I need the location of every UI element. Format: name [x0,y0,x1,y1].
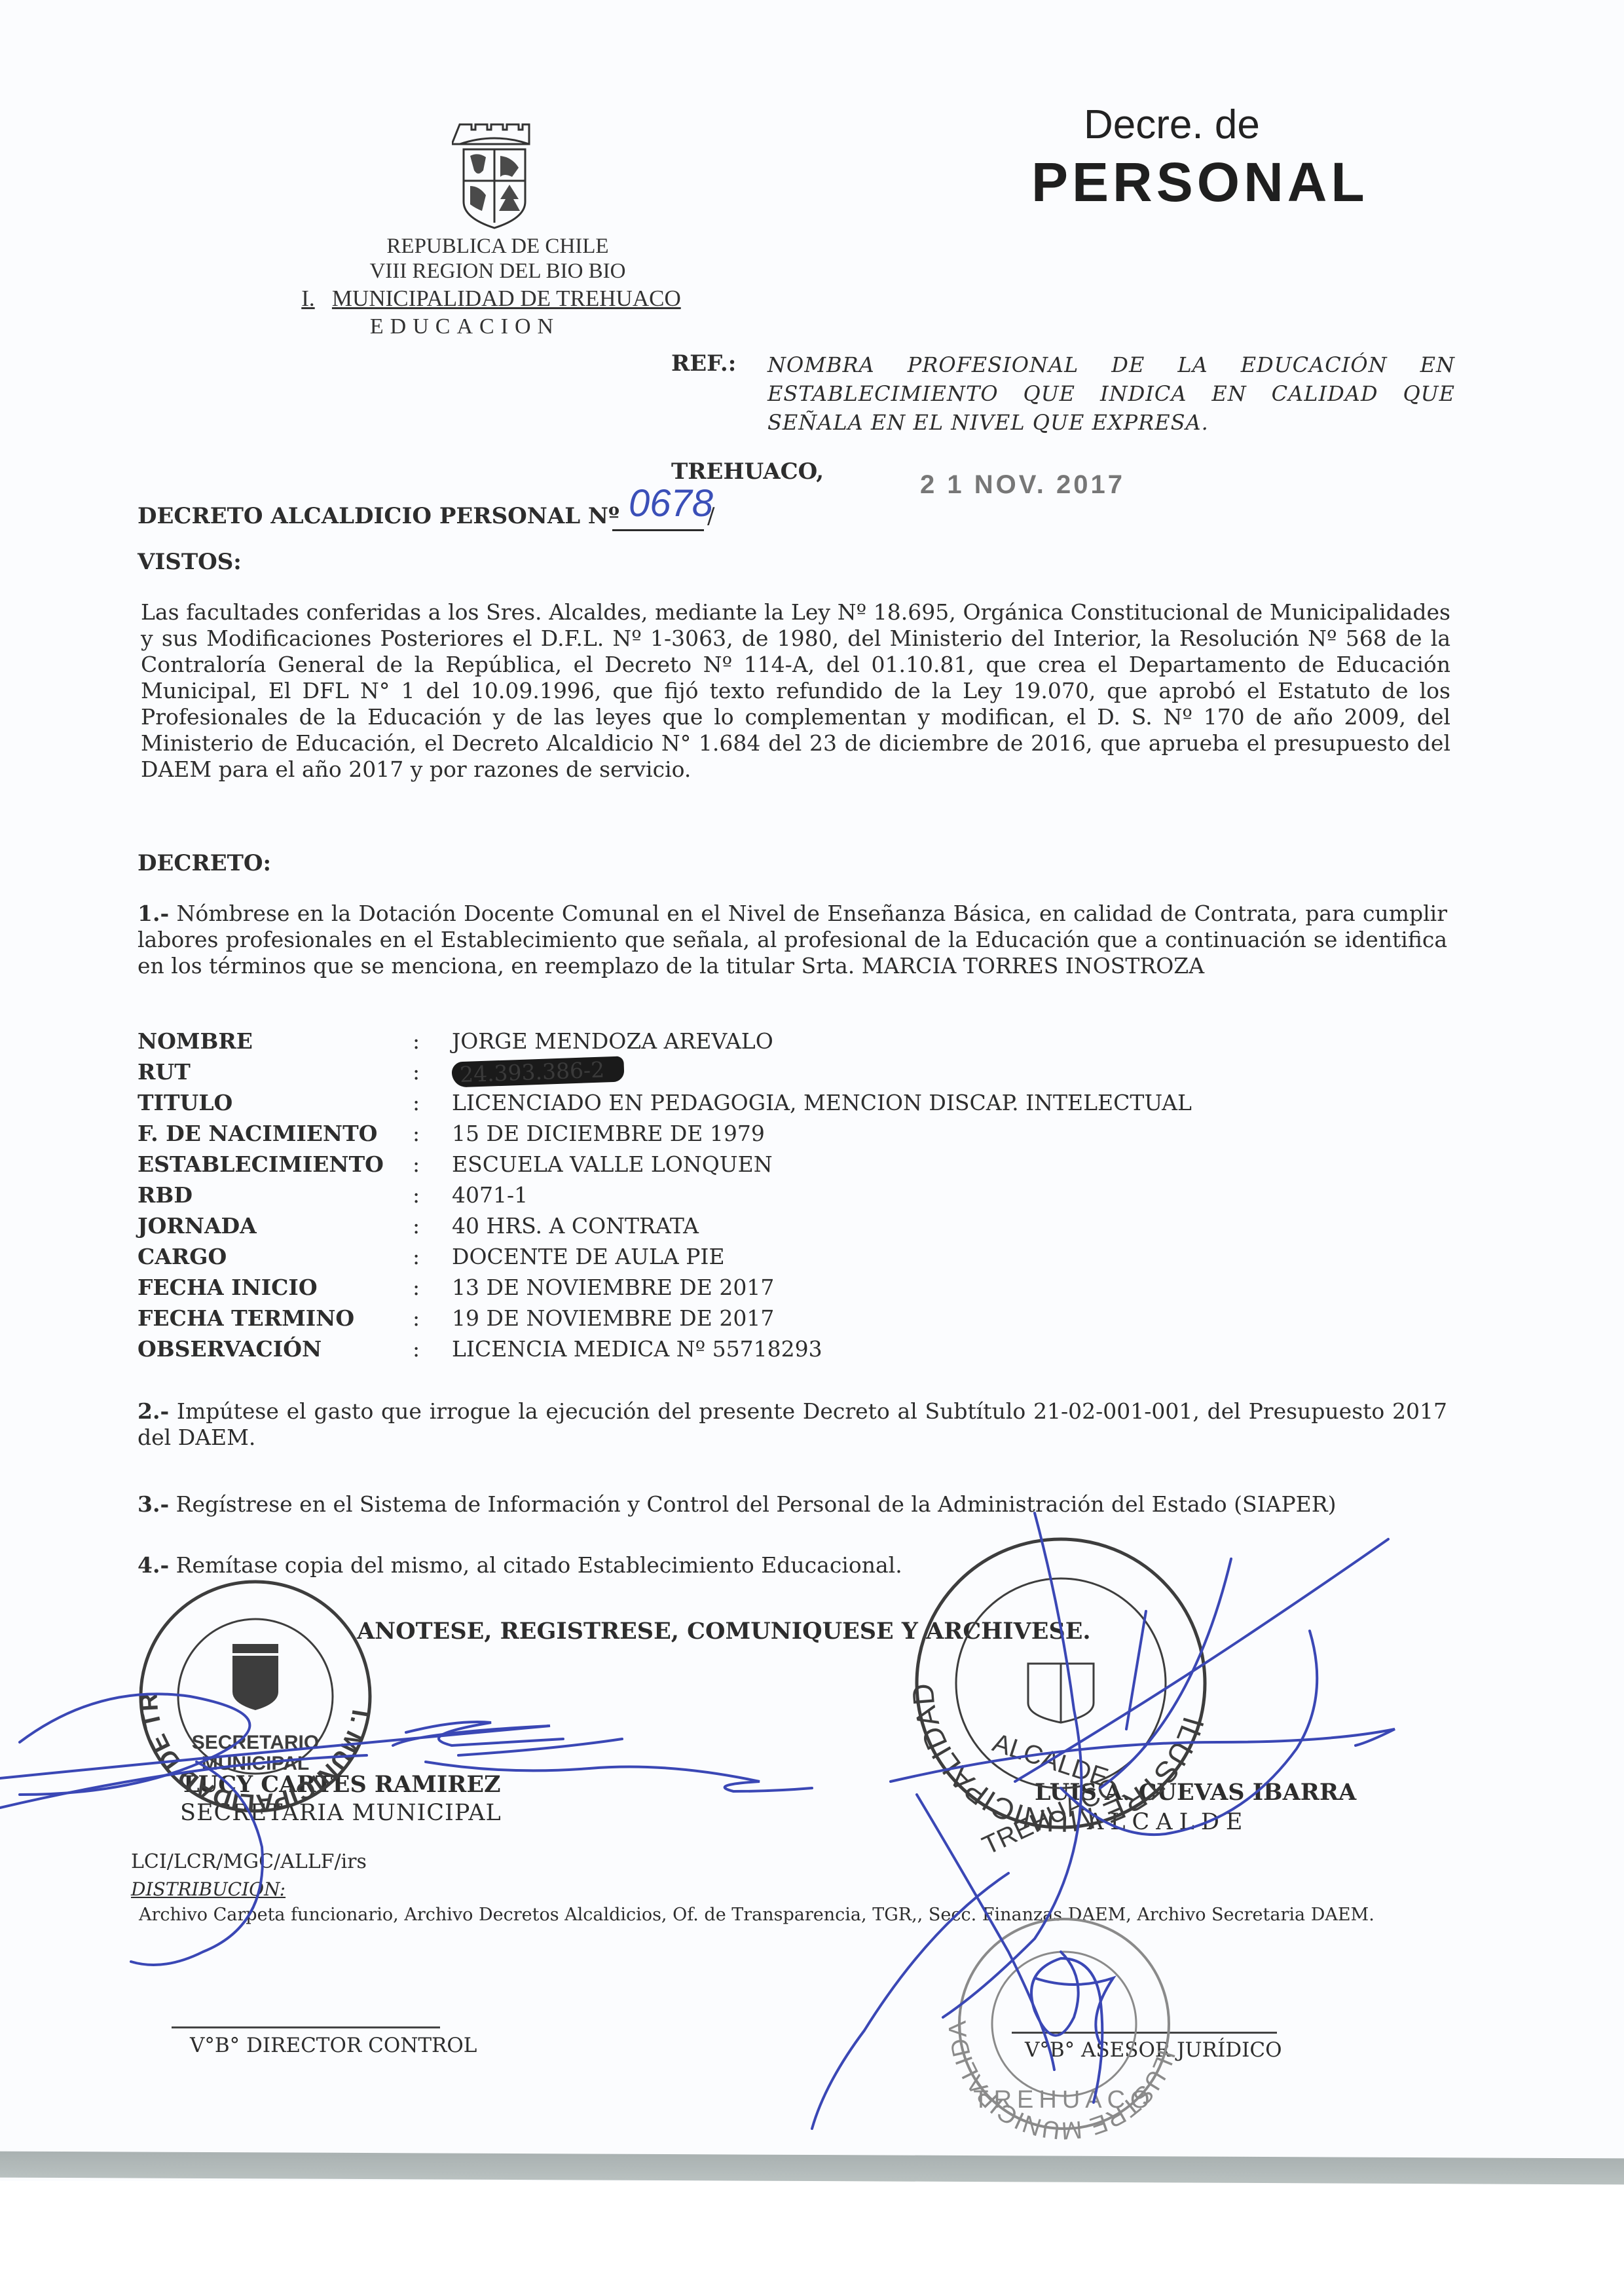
item-number: 3.- [138,1491,169,1517]
field-label: JORNADA [138,1213,413,1244]
muni-prefix: I. [301,286,314,311]
signature-line-director [172,2026,440,2028]
header-republic: REPUBLICA DE CHILE [367,234,629,259]
decree-number-suffix: / [707,503,714,529]
decree-item-4: 4.- Remítase copia del mismo, al citado … [138,1552,1447,1578]
field-value: LICENCIA MEDICA Nº 55718293 [452,1336,1192,1367]
field-separator: : [413,1182,452,1213]
field-row: CARGO:DOCENTE DE AULA PIE [138,1244,1192,1275]
muni-name: MUNICIPALIDAD DE TREHUACO [332,286,681,311]
approval-director-control: V°B° DIRECTOR CONTROL [190,2034,477,2057]
field-label: F. DE NACIMIENTO [138,1121,413,1151]
field-value: 13 DE NOVIEMBRE DE 2017 [452,1275,1192,1305]
municipal-coat-of-arms-icon [452,118,537,233]
field-separator: : [413,1028,452,1059]
field-row: F. DE NACIMIENTO:15 DE DICIEMBRE DE 1979 [138,1121,1192,1151]
field-value: 19 DE NOVIEMBRE DE 2017 [452,1305,1192,1336]
field-row: OBSERVACIÓN:LICENCIA MEDICA Nº 55718293 [138,1336,1192,1367]
field-separator: : [413,1090,452,1121]
field-separator: : [413,1121,452,1151]
field-value: 15 DE DICIEMBRE DE 1979 [452,1121,1192,1151]
field-label: RUT [138,1059,413,1090]
item-number: 1.- [138,901,169,926]
signature-line-asesor [1012,2032,1277,2034]
field-row: NOMBRE:JORGE MENDOZA AREVALO [138,1028,1192,1059]
item-text: Regístrese en el Sistema de Información … [176,1491,1337,1517]
field-label: ESTABLECIMIENTO [138,1151,413,1182]
approval-asesor-juridico: V°B° ASESOR JURÍDICO [1025,2038,1282,2062]
field-label: FECHA TERMINO [138,1305,413,1336]
decree-title: DECRETO ALCALDICIO PERSONAL Nº [138,503,619,529]
field-label: RBD [138,1182,413,1213]
field-value: LICENCIADO EN PEDAGOGIA, MENCION DISCAP.… [452,1090,1192,1121]
item-text: Nómbrese en la Dotación Docente Comunal … [138,901,1447,979]
date-stamp: 2 1 NOV. 2017 [920,470,1125,500]
field-row: TITULO:LICENCIADO EN PEDAGOGIA, MENCION … [138,1090,1192,1121]
signatory-right-role: ALCALDE [1087,1809,1249,1835]
field-value: 4071-1 [452,1182,1192,1213]
field-row: JORNADA:40 HRS. A CONTRATA [138,1213,1192,1244]
distribution-label: DISTRIBUCION: [131,1878,286,1900]
field-separator: : [413,1275,452,1305]
field-separator: : [413,1151,452,1182]
field-label: FECHA INICIO [138,1275,413,1305]
item-text: Impútese el gasto que irrogue la ejecuci… [138,1398,1447,1450]
field-label: NOMBRE [138,1028,413,1059]
closing-formula: ANOTESE, REGISTRESE, COMUNIQUESE Y ARCHI… [357,1618,1091,1645]
item-text: Remítase copia del mismo, al citado Esta… [176,1552,902,1578]
ref-label: REF.: [671,350,736,377]
vistos-text: Las facultades conferidas a los Sres. Al… [141,599,1450,783]
field-separator: : [413,1244,452,1275]
signatory-left-name: LUCY CARTES RAMIREZ [183,1771,501,1798]
stamp-title-line2: PERSONAL [1031,151,1369,214]
place: TREHUACO, [671,458,824,485]
field-row: ESTABLECIMIENTO:ESCUELA VALLE LONQUEN [138,1151,1192,1182]
field-separator: : [413,1059,452,1090]
field-label: TITULO [138,1090,413,1121]
item-number: 2.- [138,1398,169,1424]
header-department: EDUCACION [367,314,563,339]
field-separator: : [413,1336,452,1367]
field-value: 40 HRS. A CONTRATA [452,1213,1192,1244]
header-municipality: I. MUNICIPALIDAD DE TREHUACO [295,286,688,312]
ref-text: NOMBRA PROFESIONAL DE LA EDUCACIÓN EN ES… [767,350,1455,437]
field-row: RBD:4071-1 [138,1182,1192,1213]
signatory-left-role: SECRETARIA MUNICIPAL [180,1800,502,1826]
signatory-right-name: LUIS A. CUEVAS IBARRA [1035,1779,1356,1806]
vistos-label: VISTOS: [138,549,242,575]
field-row: FECHA INICIO:13 DE NOVIEMBRE DE 2017 [138,1275,1192,1305]
field-row: RUT:24.393.386-2 [138,1059,1192,1090]
decree-number-underline [612,529,704,531]
decree-item-2: 2.- Impútese el gasto que irrogue la eje… [138,1398,1447,1451]
header-region: VIII REGION DEL BIO BIO [360,259,635,284]
field-label: CARGO [138,1244,413,1275]
field-value: 24.393.386-2 [452,1059,1192,1090]
decreto-label: DECRETO: [138,850,271,876]
decree-item-3: 3.- Regístrese en el Sistema de Informac… [138,1491,1447,1518]
stamp-title-line1: Decre. de [1084,102,1260,148]
decree-number-handwritten: 0678 [629,481,713,525]
field-label: OBSERVACIÓN [138,1336,413,1367]
field-value: ESCUELA VALLE LONQUEN [452,1151,1192,1182]
redacted-rut: 24.393.386-2 [451,1056,624,1087]
field-value: JORGE MENDOZA AREVALO [452,1028,1192,1059]
item-number: 4.- [138,1552,169,1578]
distribution-list: Archivo Carpeta funcionario, Archivo Dec… [139,1905,1375,1925]
field-separator: : [413,1305,452,1336]
field-separator: : [413,1213,452,1244]
field-value: DOCENTE DE AULA PIE [452,1244,1192,1275]
appointee-details: NOMBRE:JORGE MENDOZA AREVALORUT:24.393.3… [138,1028,1192,1367]
decree-item-1: 1.- Nómbrese en la Dotación Docente Comu… [138,901,1447,979]
field-row: FECHA TERMINO:19 DE NOVIEMBRE DE 2017 [138,1305,1192,1336]
initials: LCI/LCR/MGC/ALLF/irs [131,1850,367,1873]
